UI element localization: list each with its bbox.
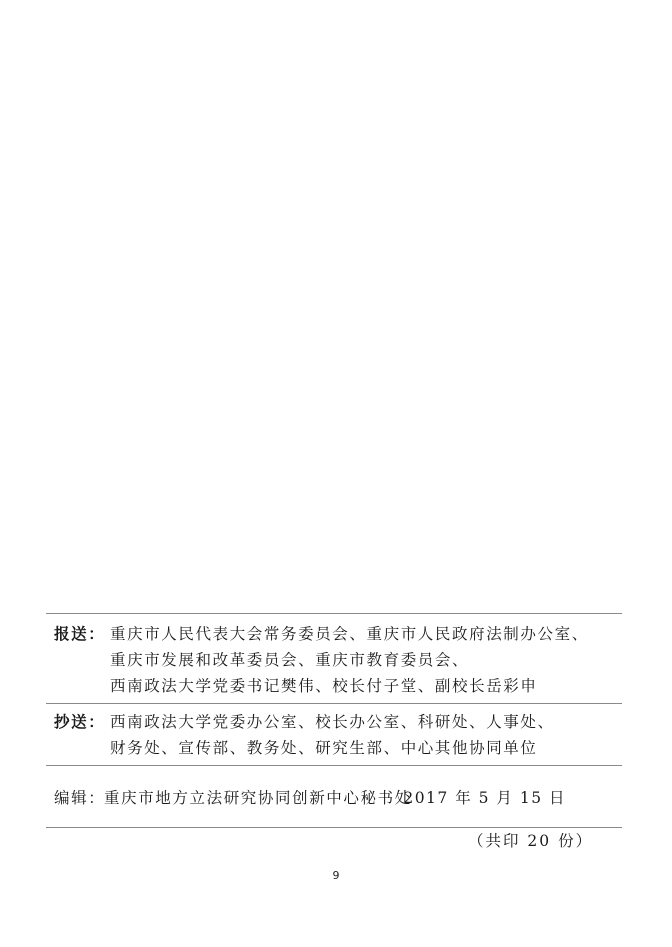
divider-report <box>46 703 622 704</box>
copy-to-label: 抄送： <box>54 709 110 735</box>
copy-to-line: 西南政法大学党委办公室、校长办公室、科研处、人事处、 <box>110 709 555 735</box>
editor-value: 重庆市地方立法研究协同创新中心秘书处 <box>104 785 412 811</box>
copy-to-line: 财务处、宣传部、教务处、研究生部、中心其他协同单位 <box>110 735 538 761</box>
editor-label: 编辑： <box>54 785 104 811</box>
divider-copy <box>46 765 622 766</box>
report-to-line: 西南政法大学党委书记樊伟、校长付子堂、副校长岳彩申 <box>110 673 538 699</box>
report-to-section: 报送： 重庆市人民代表大会常务委员会、重庆市人民政府法制办公室、 重庆市发展和改… <box>54 621 589 699</box>
report-to-line: 重庆市发展和改革委员会、重庆市教育委员会、 <box>110 647 469 673</box>
issue-date: 2017 年 5 月 15 日 <box>403 785 566 811</box>
divider-bottom <box>46 827 622 828</box>
report-to-label: 报送： <box>54 621 110 647</box>
copy-to-section: 抄送： 西南政法大学党委办公室、校长办公室、科研处、人事处、 财务处、宣传部、教… <box>54 709 555 761</box>
divider-top <box>46 613 622 614</box>
page-number: 9 <box>0 869 672 882</box>
editor-section: 编辑： 重庆市地方立法研究协同创新中心秘书处 2017 年 5 月 15 日 <box>54 785 622 811</box>
copies-count: （共印 20 份） <box>468 829 593 851</box>
report-to-line: 重庆市人民代表大会常务委员会、重庆市人民政府法制办公室、 <box>110 621 589 647</box>
